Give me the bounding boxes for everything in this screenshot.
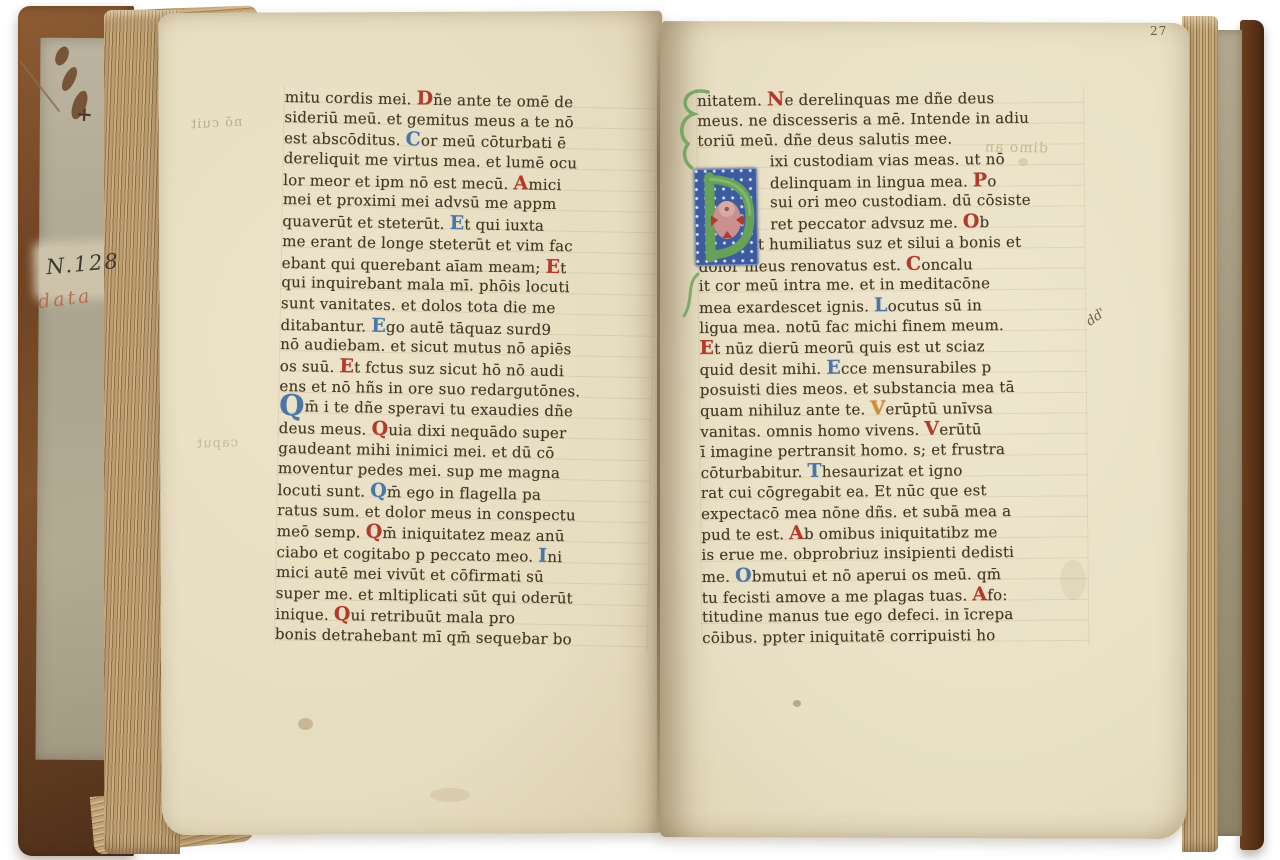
text-run: t fctus suz sicut hō nō audi xyxy=(354,358,564,380)
text-run: sunt vanitates. et dolos tota die me xyxy=(281,294,556,317)
text-run: ixi custodiam vias meas. ut nō xyxy=(770,150,1005,170)
text-run: fo: xyxy=(987,586,1007,604)
text-run: ni xyxy=(547,548,562,566)
text-run: cce mensurabiles p xyxy=(841,358,992,377)
text-run: go autē tāquaz surd9 xyxy=(386,317,552,338)
rubricated-initial: A xyxy=(513,172,528,194)
text-run: me. xyxy=(702,567,736,585)
rubricated-initial: O xyxy=(963,210,980,232)
text-line: meus. ne discesseris a mē. Intende in ad… xyxy=(697,107,1083,131)
text-run: o xyxy=(987,172,996,190)
rubricated-initial: Q xyxy=(334,603,351,625)
text-run: meō semp. xyxy=(277,522,366,542)
rubricated-initial: E xyxy=(449,212,464,234)
text-run: m̄ iniquitatez meaz anū xyxy=(382,524,565,545)
text-run: delinquam in lingua mea. xyxy=(770,172,973,192)
text-run: os suū. xyxy=(280,357,340,376)
bleedthrough-text: nō cuit xyxy=(190,115,243,133)
text-run: t xyxy=(560,259,567,277)
text-run: uia dixi nequādo super xyxy=(388,421,566,442)
text-run: bonis detrahebant mī qm̄ sequebar bo xyxy=(275,625,572,648)
rubricated-initial: D xyxy=(416,87,433,109)
parchment-stain xyxy=(793,700,801,707)
text-run: quaverūt et steterūt. xyxy=(282,212,449,233)
parchment-stain xyxy=(298,718,313,730)
text-run: expectacō mea nōne dñs. et subā mea a xyxy=(701,502,1011,523)
text-run: t nūz dierū meorū quis est ut sciaz xyxy=(714,337,985,358)
rubricated-initial: N xyxy=(767,88,785,110)
rubricated-initial: Q xyxy=(370,480,387,502)
manuscript-photo: + N.128 data nō cuit caput dimo an mitu … xyxy=(0,0,1280,860)
text-run: or meū cōturbati ē xyxy=(421,132,567,153)
rubricated-initial: E xyxy=(826,357,841,379)
text-run: m̄ ego in flagella pa xyxy=(387,483,541,504)
text-run: me erant de longe steterūt et vim fac xyxy=(282,232,573,255)
text-run: b omibus iniquitatibz me xyxy=(804,524,998,544)
rubricated-initial: E xyxy=(339,355,354,377)
text-run: b xyxy=(980,213,990,231)
rubricated-initial: E xyxy=(699,337,714,359)
text-run: quid desit mihi. xyxy=(700,360,827,379)
text-run: cōibus. ppter iniquitatē corripuisti ho xyxy=(702,626,995,647)
rubricated-initial: E xyxy=(371,314,386,336)
rubricated-initial: E xyxy=(545,255,560,277)
text-run: mitu cordis mei. xyxy=(285,88,417,108)
rubricated-initial: C xyxy=(405,129,421,151)
rubricated-initial: O xyxy=(735,564,752,586)
rubricated-initial: Q xyxy=(365,521,382,543)
cover-cross-mark: + xyxy=(75,101,93,126)
text-line: cōibus. ppter iniquitatē corripuisti ho xyxy=(702,624,1088,648)
text-run: t qui iuxta xyxy=(464,215,544,234)
text-run: ñe ante te omē de xyxy=(433,91,573,112)
text-run: ī imagine pertransit homo. s; et frustra xyxy=(700,440,1005,461)
text-run: it cor meū intra me. et in meditacōne xyxy=(699,274,990,295)
back-cover-parchment-right xyxy=(1214,30,1242,836)
rubricated-initial: T xyxy=(807,460,822,482)
parchment-stain xyxy=(430,788,470,802)
left-text-block: mitu cordis mei. Dñe ante te omē desider… xyxy=(274,86,658,651)
text-run: ui retribuūt mala pro xyxy=(350,606,515,627)
text-run: mea exardescet ignis. xyxy=(699,297,874,317)
text-run: cōturbabitur. xyxy=(701,463,808,482)
text-run: toriū meū. dñe deus salutis mee. xyxy=(697,130,952,150)
rubricated-initial: A xyxy=(789,522,804,544)
text-run: sui ori meo custodiam. dū cōsiste xyxy=(770,191,1031,212)
text-run: rat cui cōgregabit ea. Et nūc que est xyxy=(701,481,987,502)
text-run: locuti sunt. xyxy=(277,481,370,501)
folio-page-number: 27 xyxy=(1150,24,1167,38)
rubricated-initial: A xyxy=(972,583,987,605)
text-run: bmutui et nō aperui os meū. qm̄ xyxy=(752,565,1001,585)
text-run: ret peccator advsuz me. xyxy=(770,214,963,234)
rubricated-initial: P xyxy=(973,169,988,191)
rubricated-initial: I xyxy=(538,545,547,567)
leather-cover-right xyxy=(1240,20,1264,850)
text-run: pud te est. xyxy=(701,526,789,545)
rubricated-initial: Q xyxy=(371,418,388,440)
text-run: tu fecisti amove a me plagas tuas. xyxy=(702,586,973,607)
text-run: oncalu xyxy=(921,255,973,273)
text-run: e derelinquas me dñe deus xyxy=(784,89,994,109)
text-run: ocutus sū in xyxy=(888,296,982,315)
text-run: ligua mea. notū fac michi finem meum. xyxy=(699,316,1004,337)
text-run: posuisti dies meos. et substancia mea tā xyxy=(700,378,1015,399)
rubricated-initial: C xyxy=(906,252,922,274)
text-run: est abscōditus. xyxy=(284,129,406,149)
text-run: meus. ne discesseris a mē. Intende in ad… xyxy=(697,108,1029,129)
text-run: erūptū unīvsa xyxy=(885,399,993,418)
text-run: hesaurizat et igno xyxy=(822,462,963,481)
rubricated-initial: V xyxy=(870,398,885,420)
text-run: ditabantur. xyxy=(280,316,371,336)
text-run: is erue me. obprobriuz insipienti dedist… xyxy=(701,543,1014,564)
text-run: titudine manus tue ego defeci. in īcrepa xyxy=(702,605,1014,626)
text-run: erūtū xyxy=(939,420,982,438)
text-run: mici xyxy=(528,175,561,194)
rubricated-initial: V xyxy=(924,418,939,440)
text-run: mici autē mei vivūt et cōfirmati sū xyxy=(276,563,544,586)
text-run: vanitas. omnis homo vivens. xyxy=(700,421,924,441)
text-run: quam nihiluz ante te. xyxy=(700,401,871,421)
gutter-shadow xyxy=(657,34,660,818)
text-run: inique. xyxy=(275,605,334,624)
bleedthrough-text: caput xyxy=(196,435,238,451)
initial-flourish-vine xyxy=(672,84,718,334)
text-run: deus meus. xyxy=(279,419,372,439)
rubricated-initial: L xyxy=(874,294,888,316)
